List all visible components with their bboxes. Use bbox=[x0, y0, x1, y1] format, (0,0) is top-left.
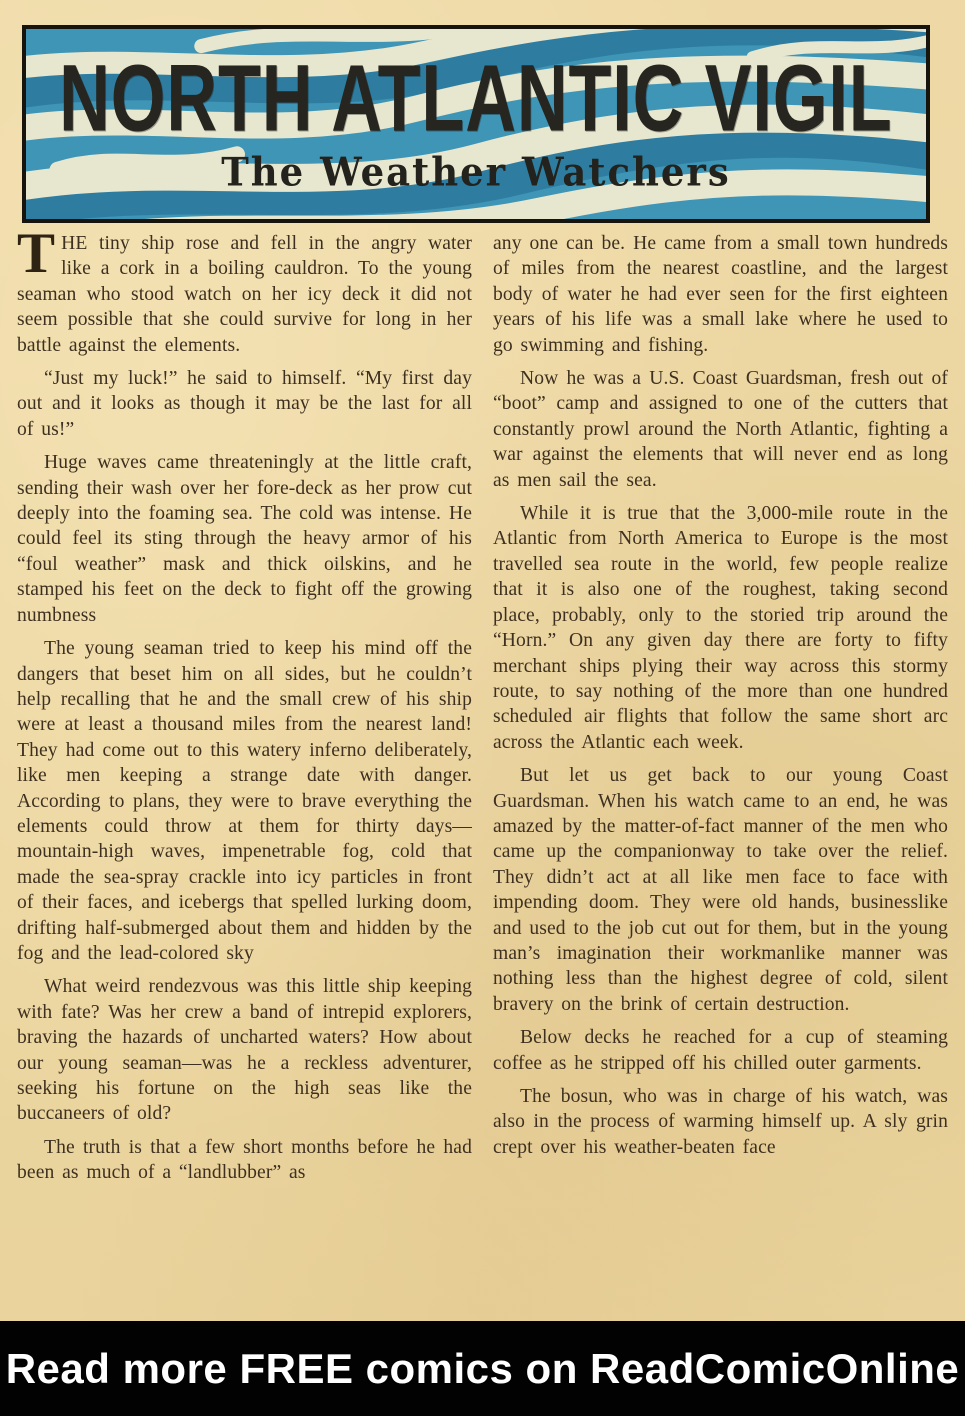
story-paragraph-text: HE tiny ship rose and fell in the angry … bbox=[17, 233, 472, 356]
article-right-column: any one can be. He came from a small tow… bbox=[493, 231, 948, 1194]
footer-banner: Read more FREE comics on ReadComicOnline bbox=[0, 1321, 965, 1416]
story-paragraph: any one can be. He came from a small tow… bbox=[493, 231, 948, 358]
story-paragraph: The truth is that a few short months bef… bbox=[17, 1135, 472, 1186]
comic-story-page: NORTH ATLANTIC VIGIL The Weather Watcher… bbox=[0, 0, 965, 1416]
page-title: NORTH ATLANTIC VIGIL bbox=[59, 53, 892, 143]
story-paragraph: But let us get back to our young Coast G… bbox=[493, 763, 948, 1017]
story-text-columns: THE tiny ship rose and fell in the angry… bbox=[17, 231, 948, 1194]
story-paragraph: Huge waves came threateningly at the lit… bbox=[17, 450, 472, 628]
story-paragraph: The young seaman tried to keep his mind … bbox=[17, 636, 472, 966]
article-left-column: THE tiny ship rose and fell in the angry… bbox=[17, 231, 472, 1194]
story-paragraph: What weird rendezvous was this little sh… bbox=[17, 974, 472, 1126]
read-more-link[interactable]: Read more FREE comics on ReadComicOnline bbox=[6, 1345, 960, 1393]
page-subtitle: The Weather Watchers bbox=[221, 149, 731, 195]
drop-cap: T bbox=[17, 231, 61, 275]
story-paragraph: The bosun, who was in charge of his watc… bbox=[493, 1084, 948, 1160]
story-paragraph: While it is true that the 3,000-mile rou… bbox=[493, 501, 948, 755]
header-banner: NORTH ATLANTIC VIGIL The Weather Watcher… bbox=[22, 25, 930, 223]
story-paragraph: Now he was a U.S. Coast Guardsman, fresh… bbox=[493, 366, 948, 493]
story-paragraph: THE tiny ship rose and fell in the angry… bbox=[17, 231, 472, 358]
story-paragraph: “Just my luck!” he said to himself. “My … bbox=[17, 366, 472, 442]
story-paragraph: Below decks he reached for a cup of stea… bbox=[493, 1025, 948, 1076]
header-text-block: NORTH ATLANTIC VIGIL The Weather Watcher… bbox=[26, 29, 926, 219]
